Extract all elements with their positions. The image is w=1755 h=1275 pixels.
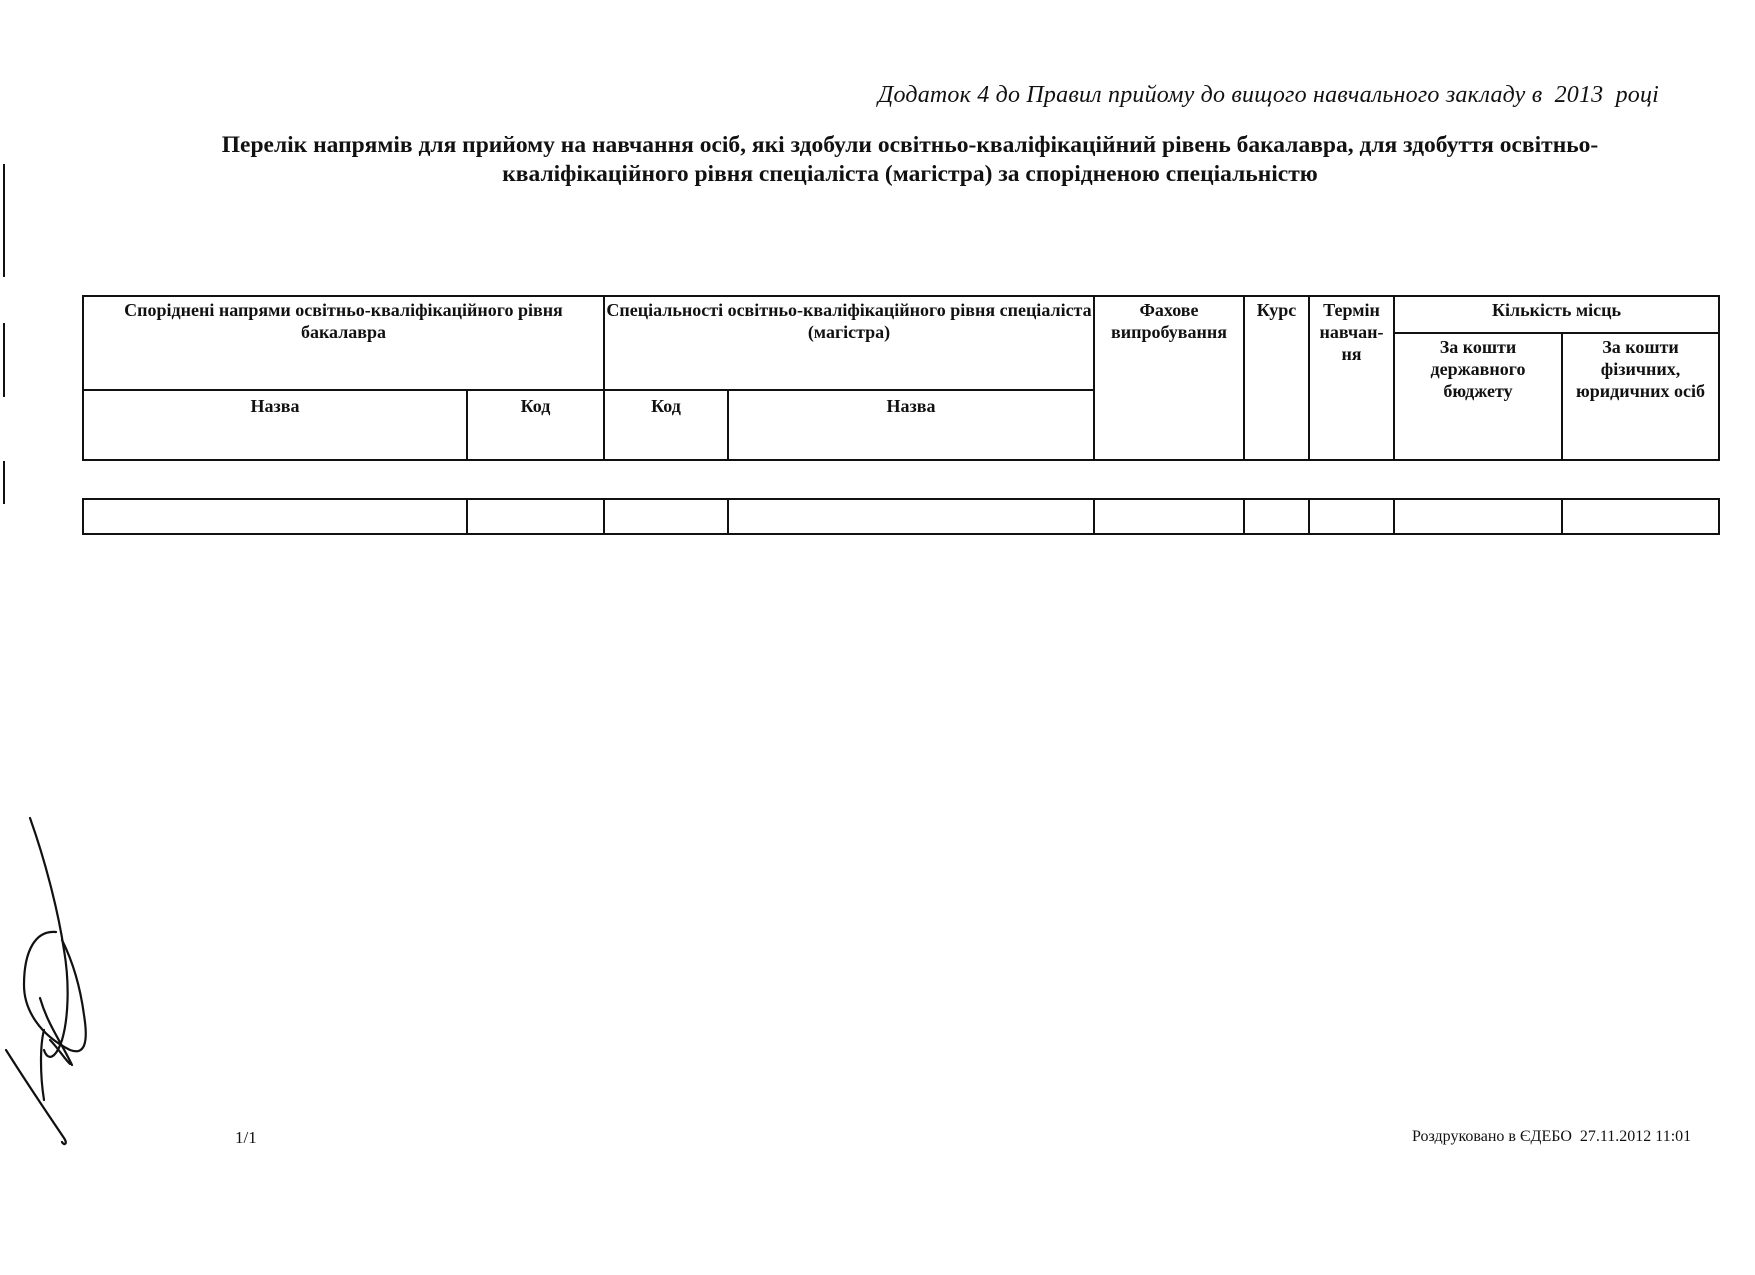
scan-edge-mark	[3, 164, 5, 277]
header-master-specialties: Спеціальності освітньо-кваліфікаційного …	[604, 296, 1094, 390]
header-places-count: Кількість місць	[1394, 296, 1719, 333]
table-body	[82, 498, 1720, 535]
page-number: 1/1	[235, 1128, 257, 1148]
document-title: Перелік напрямів для прийому на навчання…	[150, 131, 1670, 189]
appendix-note: Додаток 4 до Правил прийому до вищого на…	[878, 82, 1659, 109]
cell-bachelor-name	[83, 499, 467, 534]
header-bachelor-directions: Споріднені напрями освітньо-кваліфікацій…	[83, 296, 604, 390]
appendix-note-suffix: році	[1616, 82, 1659, 108]
cell-master-name	[728, 499, 1094, 534]
cell-state-budget	[1394, 499, 1562, 534]
header-entrance-exam: Фахове випробування	[1094, 296, 1244, 460]
cell-course	[1244, 499, 1309, 534]
appendix-note-year: 2013	[1555, 82, 1604, 108]
cell-bachelor-code	[467, 499, 604, 534]
handwritten-signature	[0, 800, 110, 1160]
header-private-funds: За кошти фізичних, юридичних осіб	[1562, 333, 1719, 460]
cell-master-code	[604, 499, 728, 534]
printed-stamp: Роздруковано в ЄДЕБО27.11.2012 11:01	[1412, 1128, 1691, 1146]
appendix-note-prefix: Додаток 4 до Правил прийому до вищого на…	[878, 82, 1542, 108]
header-course: Курс	[1244, 296, 1309, 460]
cell-study-term	[1309, 499, 1394, 534]
printed-label: Роздруковано в ЄДЕБО	[1412, 1128, 1572, 1145]
header-master-code: Код	[604, 390, 728, 460]
header-master-name: Назва	[728, 390, 1094, 460]
table-row	[83, 499, 1719, 534]
header-state-budget: За кошти державного бюджету	[1394, 333, 1562, 460]
cell-entrance-exam	[1094, 499, 1244, 534]
table-header: Споріднені напрями освітньо-кваліфікацій…	[82, 295, 1720, 461]
scan-edge-mark	[3, 461, 5, 504]
cell-private-funds	[1562, 499, 1719, 534]
header-bachelor-code: Код	[467, 390, 604, 460]
header-study-term: Термін навчан-ня	[1309, 296, 1394, 460]
printed-date: 27.11.2012 11:01	[1580, 1128, 1691, 1145]
scan-edge-mark	[3, 323, 5, 397]
header-bachelor-name: Назва	[83, 390, 467, 460]
